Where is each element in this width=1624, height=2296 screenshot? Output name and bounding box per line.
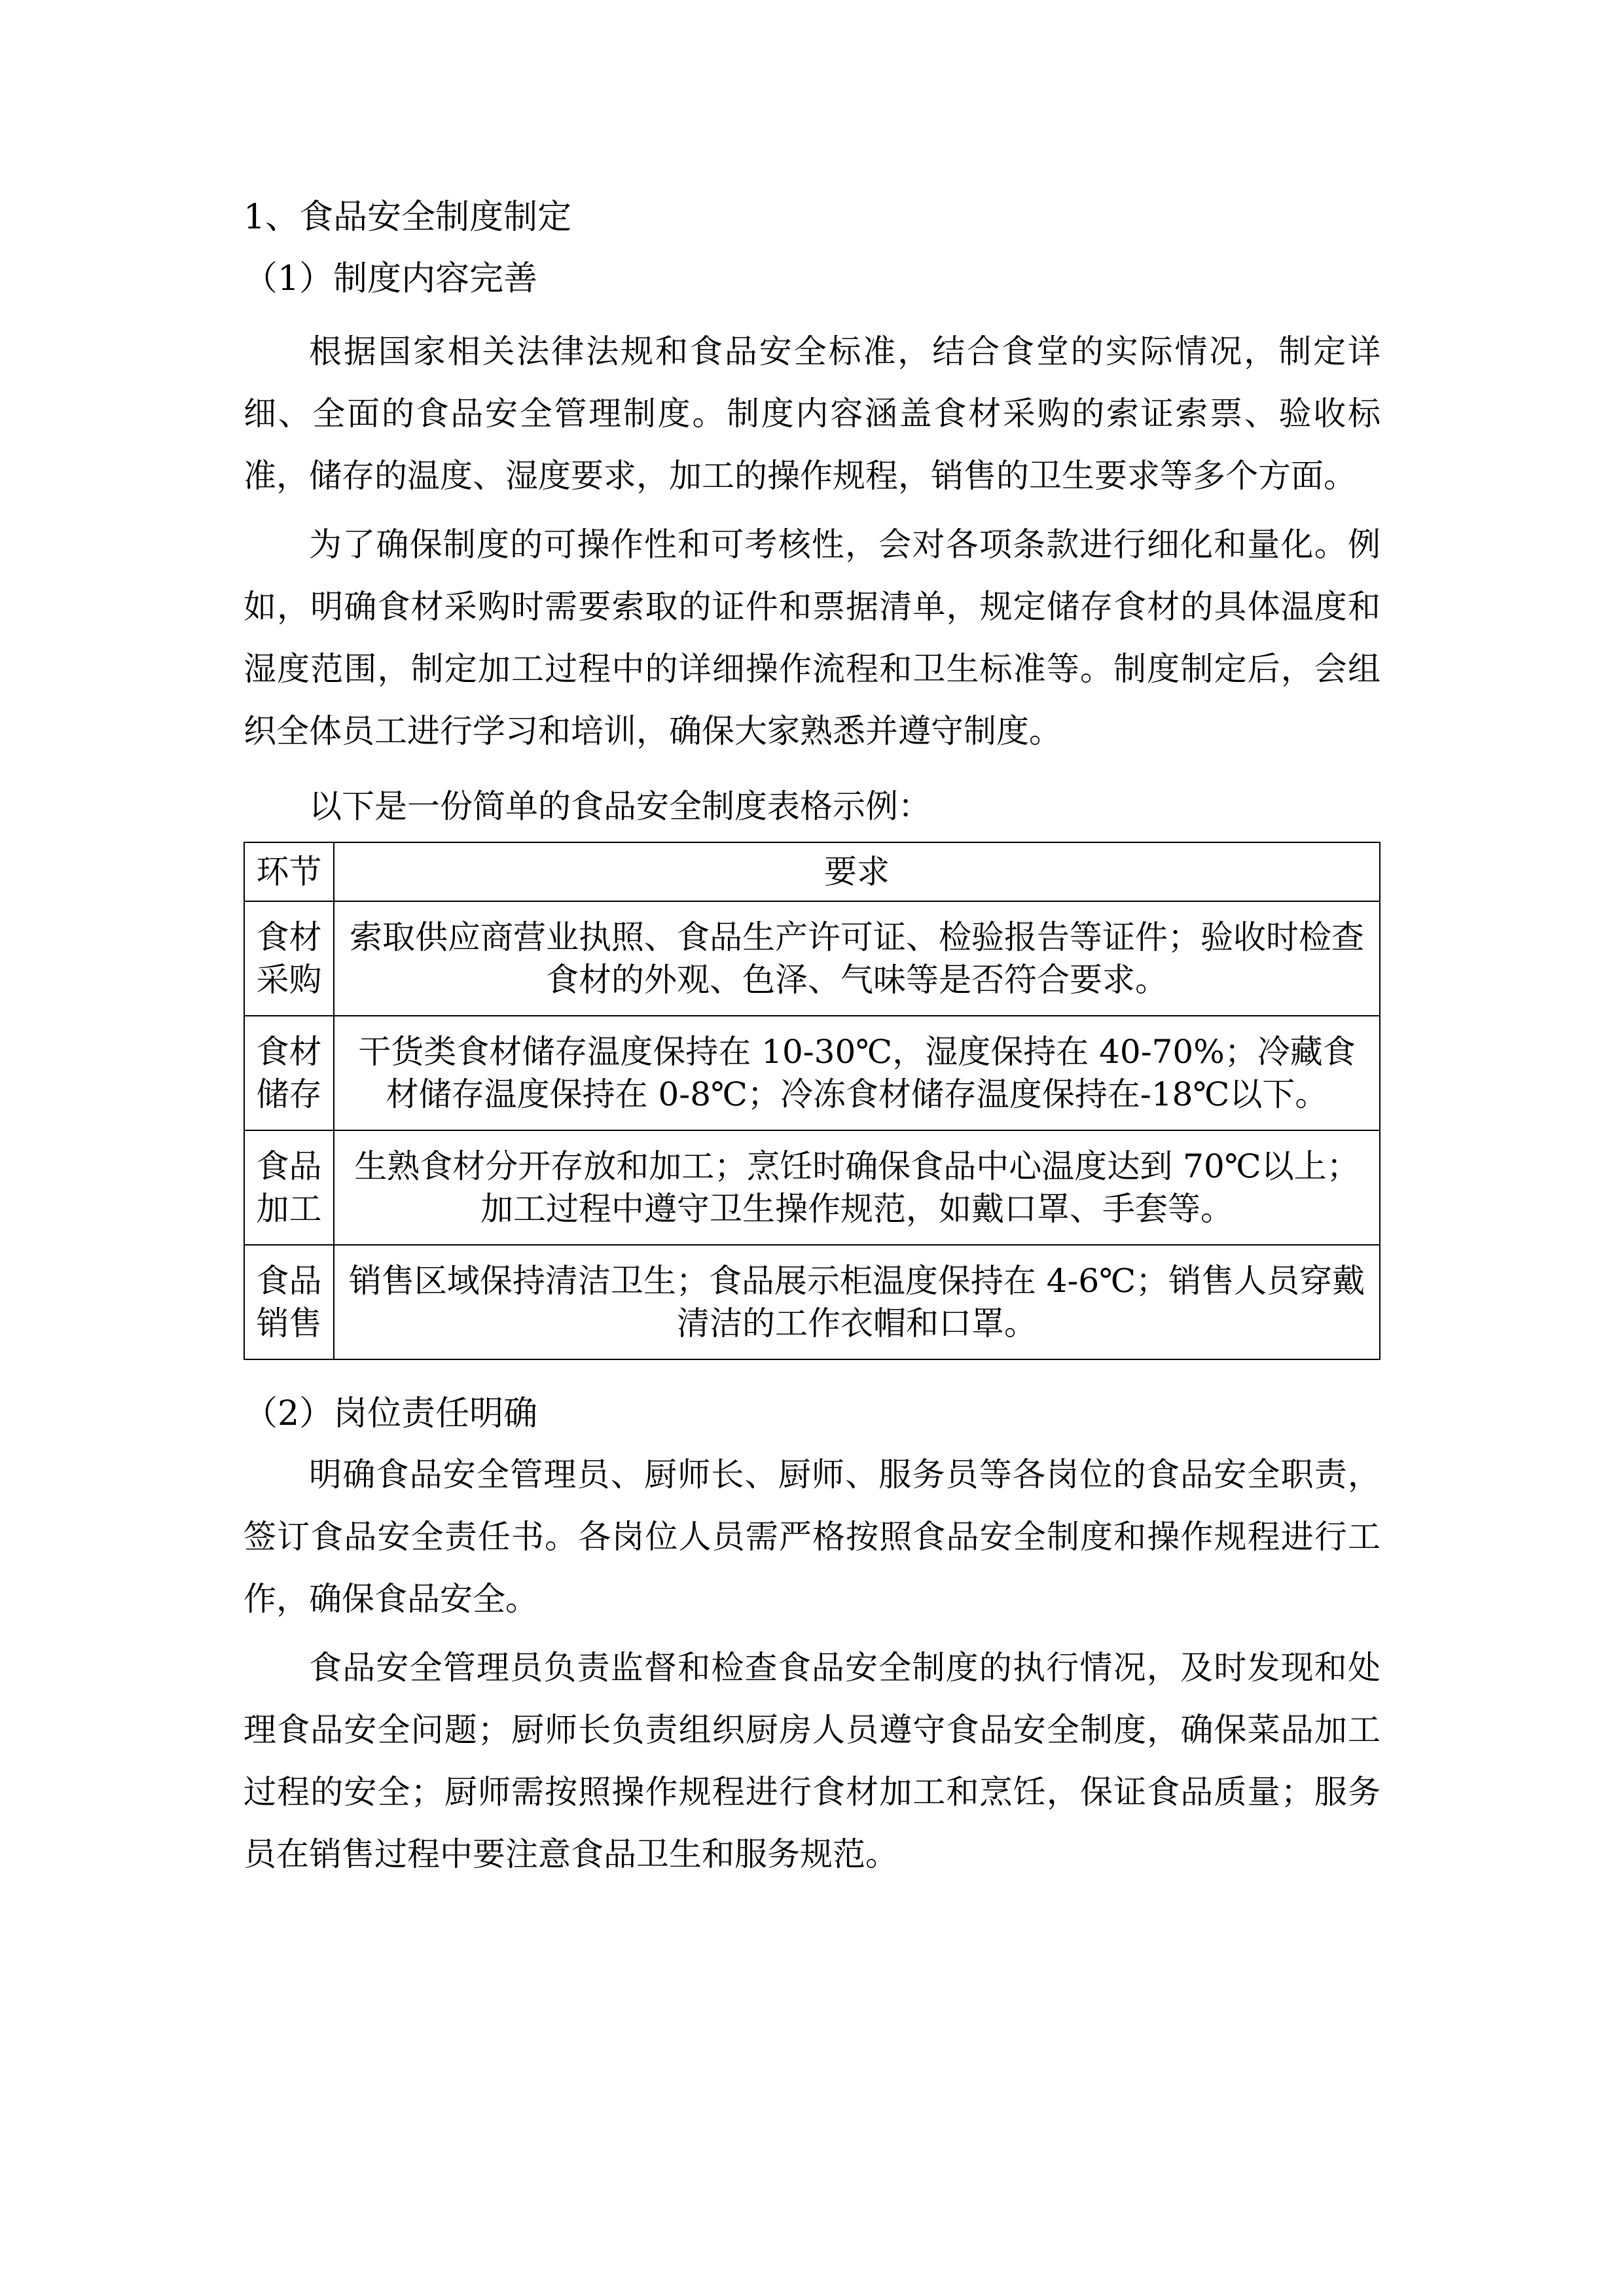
table-header-requirement: 要求	[334, 842, 1380, 901]
table-row-procurement: 食材采购 索取供应商营业执照、食品生产许可证、检验报告等证件；验收时检查食材的外…	[244, 901, 1380, 1016]
requirement-cell-sales: 销售区域保持清洁卫生；食品展示柜温度保持在 4-6℃；销售人员穿戴清洁的工作衣帽…	[334, 1245, 1380, 1359]
document-page: 1、食品安全制度制定 （1）制度内容完善 根据国家相关法律法规和食品安全标准，结…	[0, 0, 1624, 2296]
paragraph-roles-detail: 食品安全管理员负责监督和检查食品安全制度的执行情况，及时发现和处理食品安全问题；…	[244, 1637, 1380, 1886]
subsection-heading-1: （1）制度内容完善	[244, 255, 1380, 302]
requirement-cell-storage: 干货类食材储存温度保持在 10-30℃，湿度保持在 40-70%；冷藏食材储存温…	[334, 1016, 1380, 1130]
table-header-row: 环节 要求	[244, 842, 1380, 901]
table-row-storage: 食材储存 干货类食材储存温度保持在 10-30℃，湿度保持在 40-70%；冷藏…	[244, 1016, 1380, 1130]
table-header-stage: 环节	[244, 842, 334, 901]
table-intro-text: 以下是一份简单的食品安全制度表格示例：	[244, 776, 1380, 838]
requirement-cell-processing: 生熟食材分开存放和加工；烹饪时确保食品中心温度达到 70℃以上；加工过程中遵守卫…	[334, 1130, 1380, 1245]
table-row-sales: 食品销售 销售区域保持清洁卫生；食品展示柜温度保持在 4-6℃；销售人员穿戴清洁…	[244, 1245, 1380, 1359]
requirement-cell-procurement: 索取供应商营业执照、食品生产许可证、检验报告等证件；验收时检查食材的外观、色泽、…	[334, 901, 1380, 1016]
paragraph-system-content: 根据国家相关法律法规和食品安全标准，结合食堂的实际情况，制定详细、全面的食品安全…	[244, 321, 1380, 507]
stage-cell-sales: 食品销售	[244, 1245, 334, 1359]
section-heading: 1、食品安全制度制定	[244, 194, 1380, 241]
stage-cell-processing: 食品加工	[244, 1130, 334, 1245]
stage-cell-storage: 食材储存	[244, 1016, 334, 1130]
paragraph-quantification: 为了确保制度的可操作性和可考核性，会对各项条款进行细化和量化。例如，明确食材采购…	[244, 514, 1380, 762]
paragraph-responsibility: 明确食品安全管理员、厨师长、厨师、服务员等各岗位的食品安全职责，签订食品安全责任…	[244, 1444, 1380, 1630]
table-row-processing: 食品加工 生熟食材分开存放和加工；烹饪时确保食品中心温度达到 70℃以上；加工过…	[244, 1130, 1380, 1245]
subsection-heading-2: （2）岗位责任明确	[244, 1390, 1380, 1437]
stage-cell-procurement: 食材采购	[244, 901, 334, 1016]
food-safety-rules-table: 环节 要求 食材采购 索取供应商营业执照、食品生产许可证、检验报告等证件；验收时…	[244, 842, 1380, 1360]
